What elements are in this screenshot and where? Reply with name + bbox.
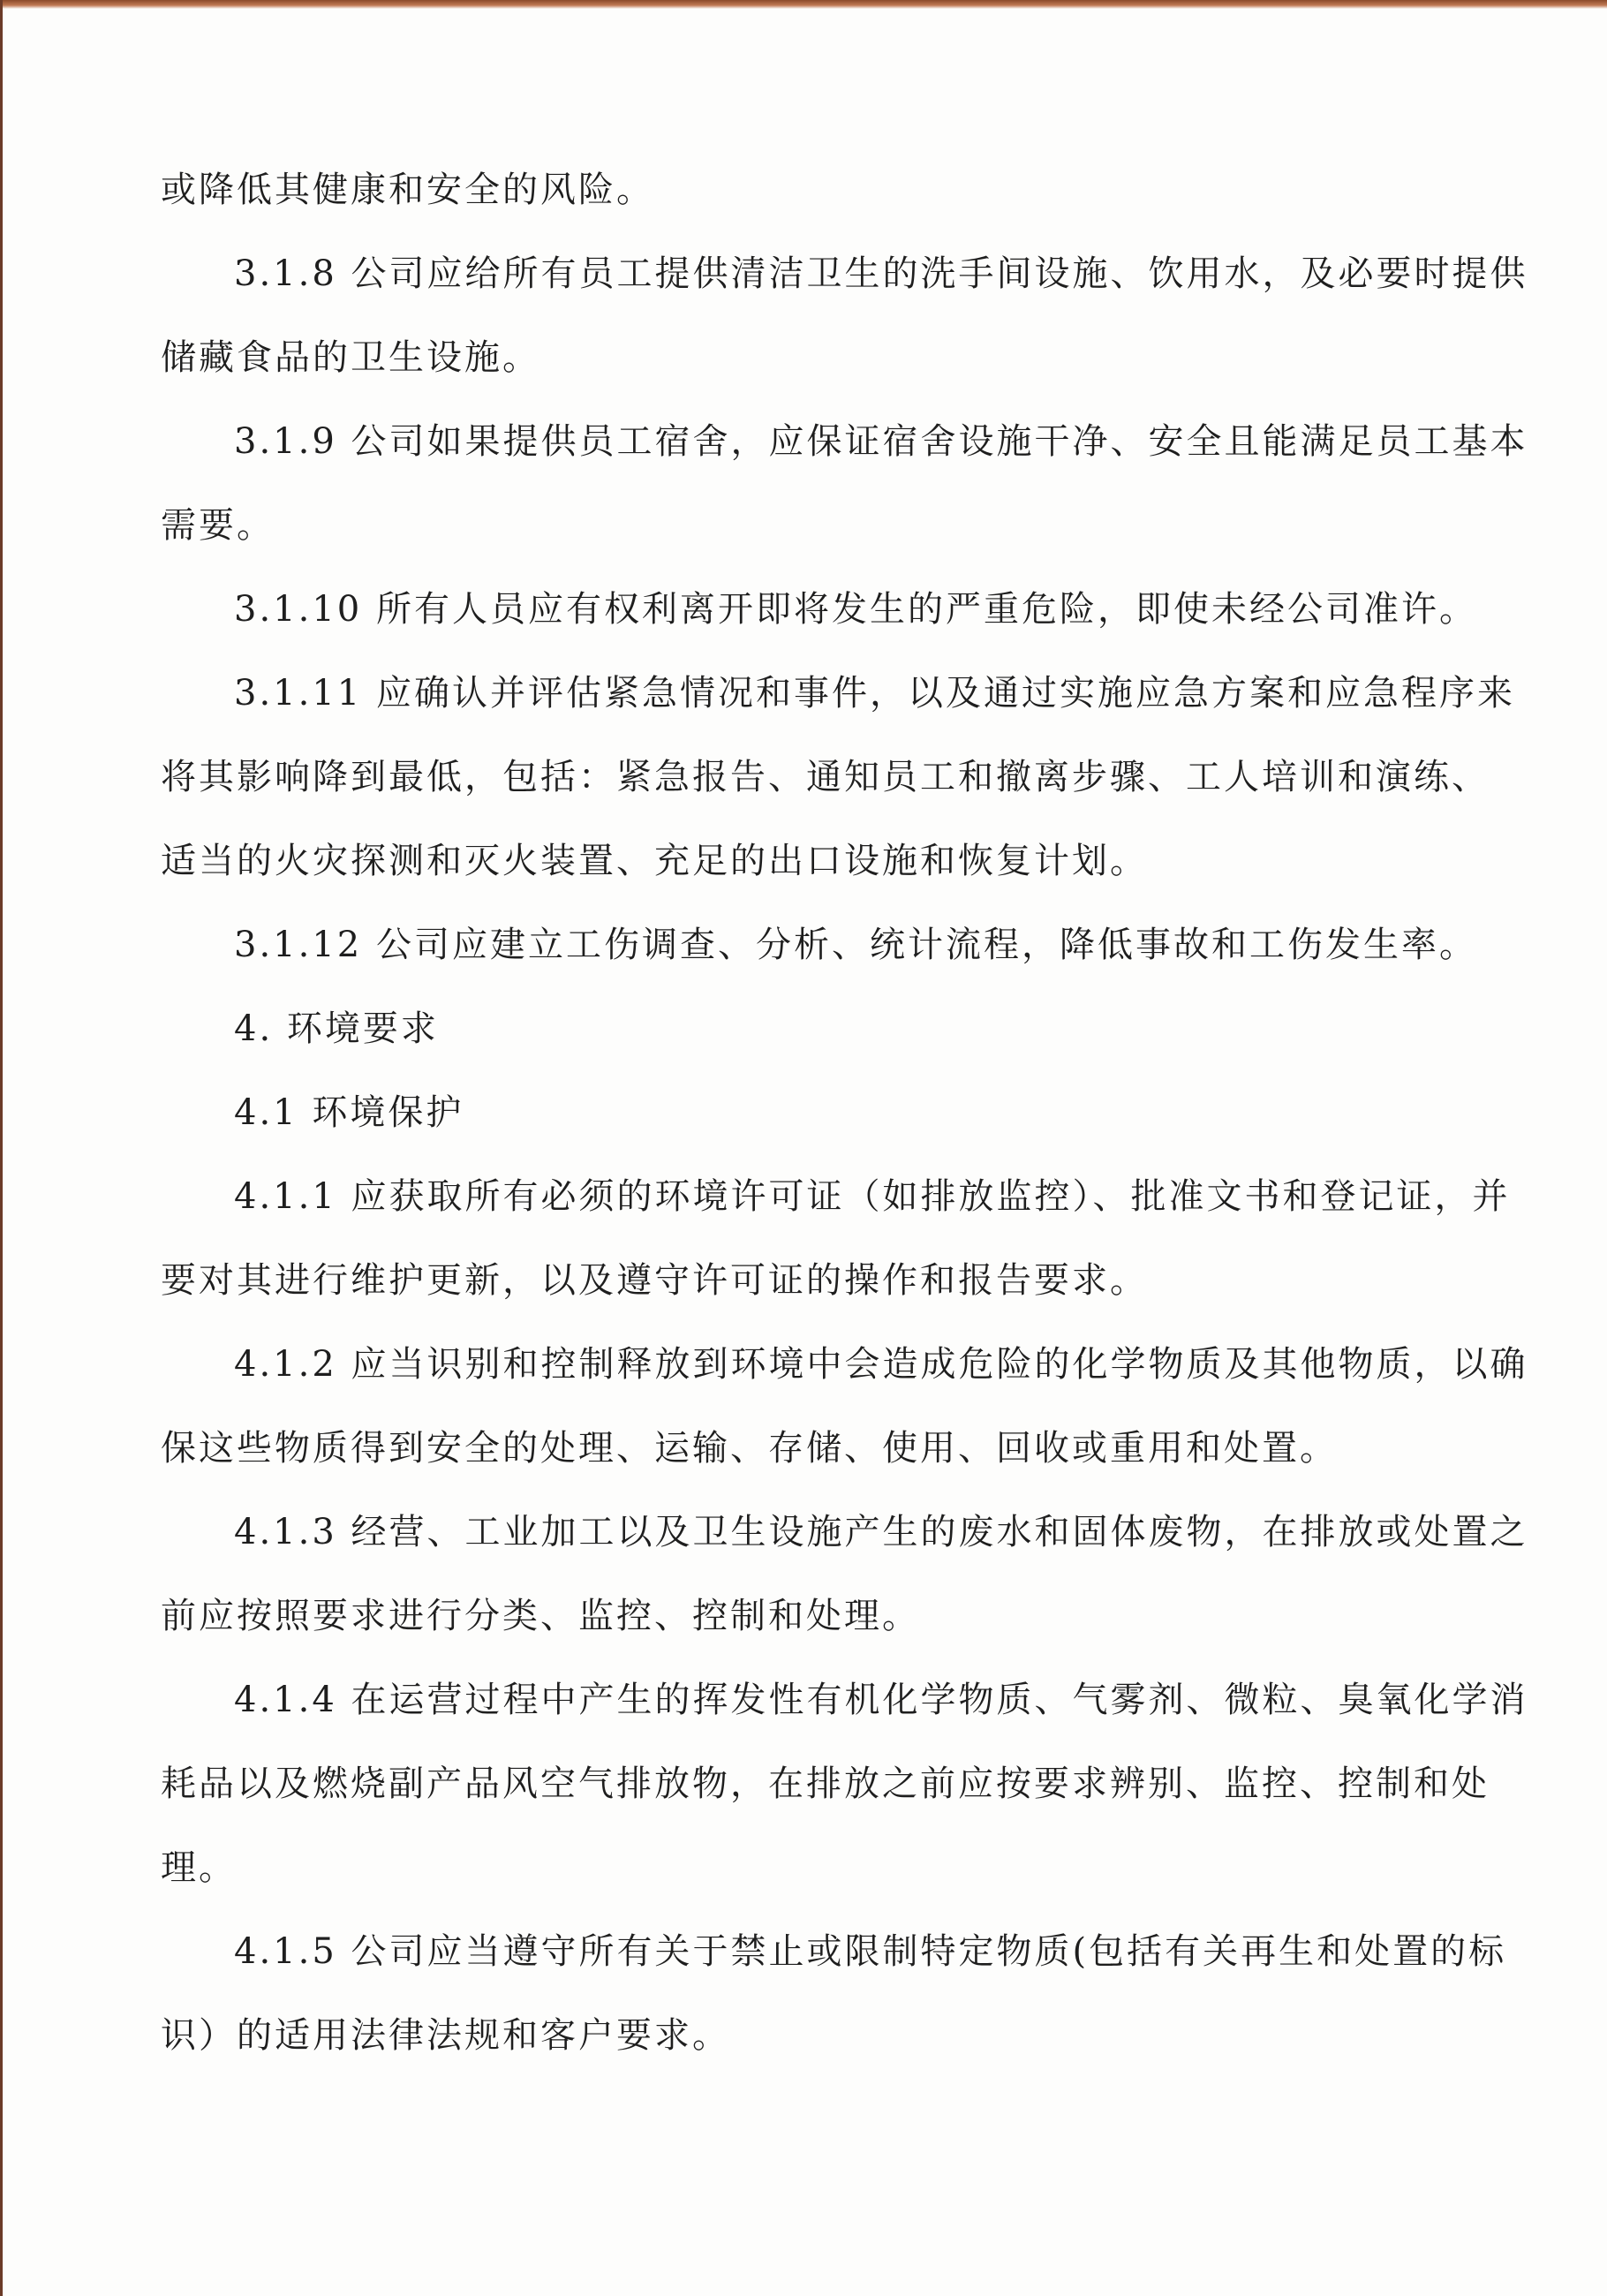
clause-4-1-5: 4.1.5 公司应当遵守所有关于禁止或限制特定物质(包括有关再生和处置的标 (234, 1921, 1506, 1983)
clause-4-1-3: 4.1.3 经营、工业加工以及卫生设施产生的废水和固体废物，在排放或处置之 (234, 1501, 1528, 1563)
text-line: 储藏食品的卫生设施。 (161, 327, 540, 389)
text-line: 识）的适用法律法规和客户要求。 (161, 2005, 730, 2066)
text-line: 适当的火灾探测和灭火装置、充足的出口设施和恢复计划。 (161, 830, 1148, 892)
clause-3-1-9: 3.1.9 公司如果提供员工宿舍，应保证宿舍设施干净、安全且能满足员工基本 (234, 411, 1528, 472)
text-line: 要对其进行维护更新，以及遵守许可证的操作和报告要求。 (161, 1250, 1148, 1311)
clause-3-1-8: 3.1.8 公司应给所有员工提供清洁卫生的洗手间设施、饮用水，及必要时提供 (234, 243, 1528, 305)
section-heading-4: 4. 环境要求 (234, 998, 439, 1060)
clause-3-1-11: 3.1.11 应确认并评估紧急情况和事件，以及通过实施应急方案和应急程序来 (234, 662, 1515, 724)
clause-3-1-12: 3.1.12 公司应建立工伤调查、分析、统计流程，降低事故和工伤发生率。 (234, 914, 1477, 976)
page-top-edge (0, 0, 1607, 9)
text-line: 耗品以及燃烧副产品风空气排放物，在排放之前应按要求辨别、监控、控制和处 (161, 1753, 1490, 1815)
text-line: 保这些物质得到安全的处理、运输、存储、使用、回收或重用和处置。 (161, 1417, 1338, 1479)
text-line: 理。 (161, 1837, 237, 1899)
section-heading-4-1: 4.1 环境保护 (234, 1082, 464, 1144)
clause-4-1-2: 4.1.2 应当识别和控制释放到环境中会造成危险的化学物质及其他物质，以确 (234, 1333, 1528, 1395)
clause-3-1-10: 3.1.10 所有人员应有权利离开即将发生的严重危险，即使未经公司准许。 (234, 578, 1477, 640)
clause-4-1-1: 4.1.1 应获取所有必须的环境许可证（如排放监控）、批准文书和登记证，并 (234, 1166, 1511, 1227)
text-line: 需要。 (161, 495, 275, 556)
text-line: 前应按照要求进行分类、监控、控制和处理。 (161, 1585, 920, 1647)
clause-4-1-4: 4.1.4 在运营过程中产生的挥发性有机化学物质、气雾剂、微粒、臭氧化学消 (234, 1669, 1528, 1731)
text-line: 或降低其健康和安全的风险。 (161, 159, 654, 221)
page-left-edge (0, 0, 3, 2296)
text-line: 将其影响降到最低，包括：紧急报告、通知员工和撤离步骤、工人培训和演练、 (161, 746, 1490, 808)
